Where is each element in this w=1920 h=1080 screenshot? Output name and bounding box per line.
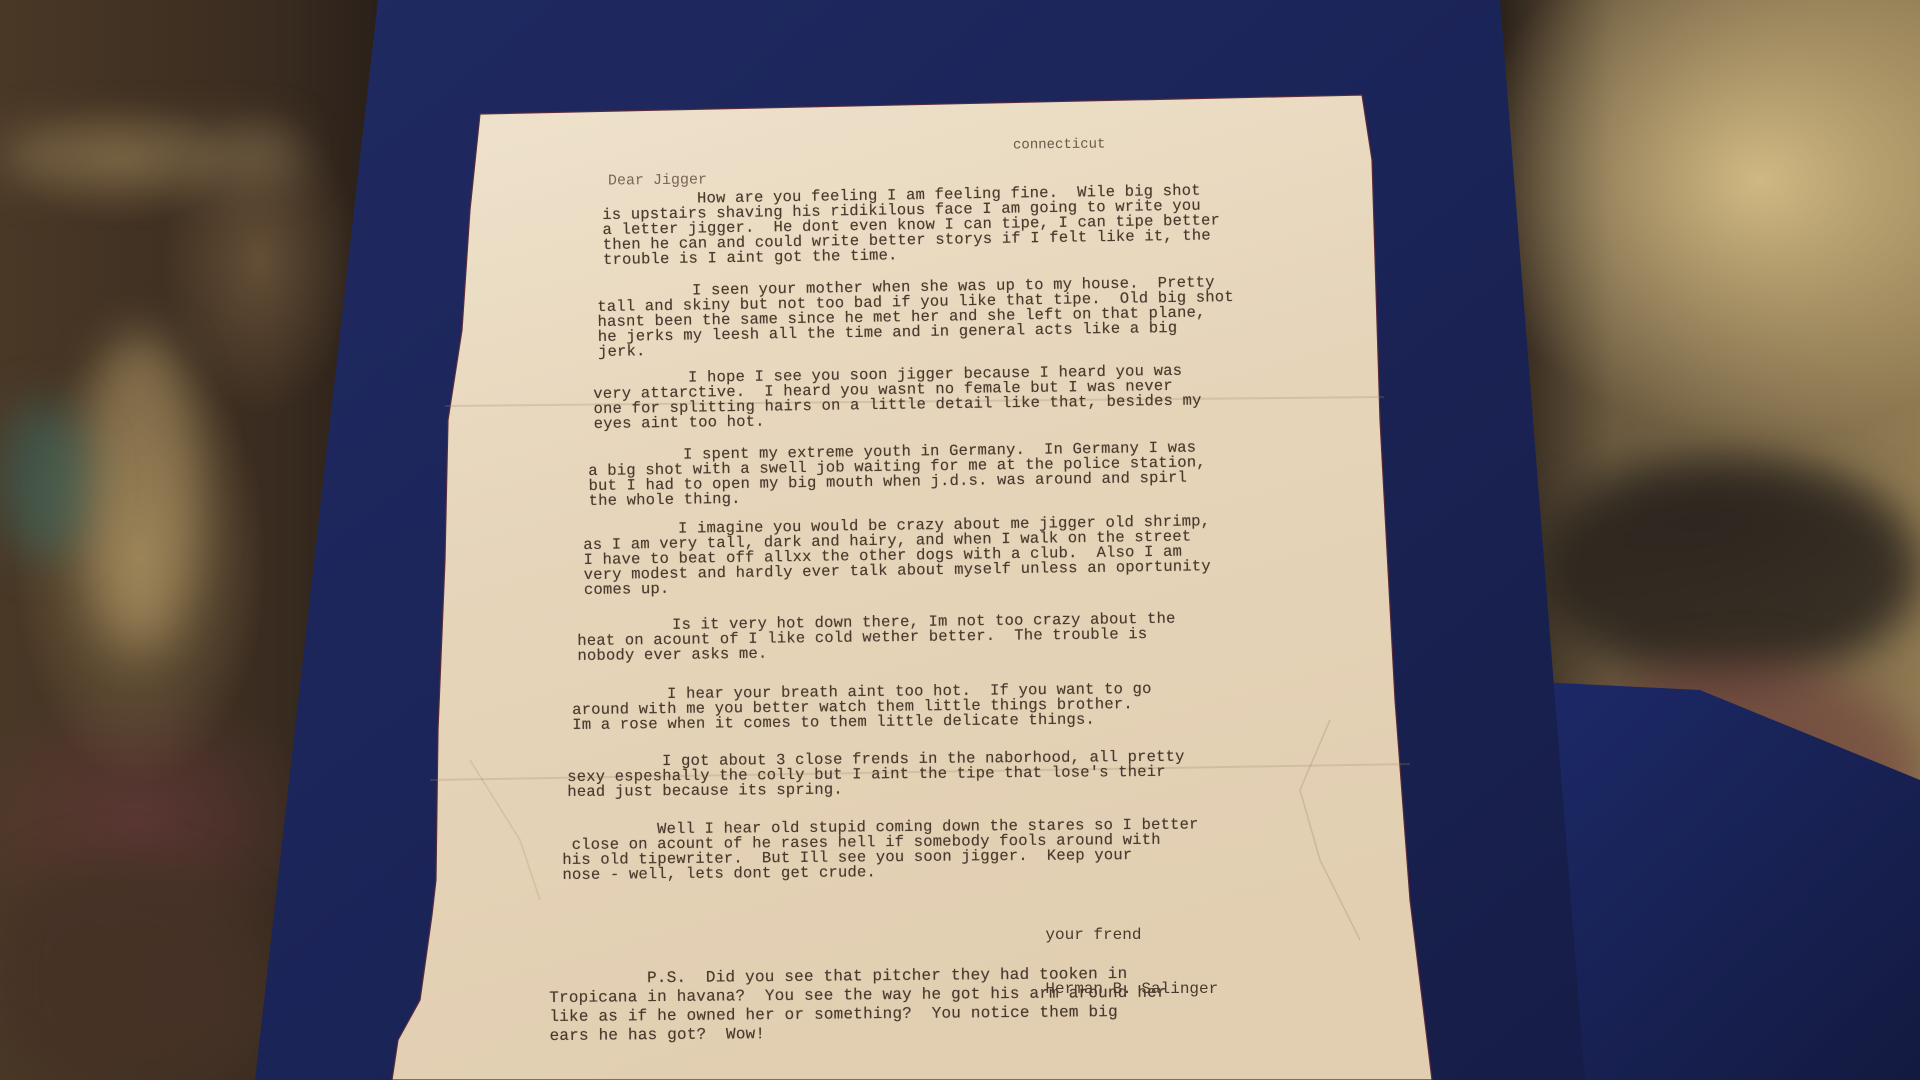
letter-closing: your frend	[1045, 926, 1141, 944]
letter-paragraph: I seen your mother when she was up to my…	[597, 275, 1235, 360]
letter-paragraph: Well I hear old stupid coming down the s…	[562, 817, 1199, 883]
postscript-paragraph: P.S. Did you see that pitcher they had t…	[549, 965, 1167, 1046]
letter-paragraph: I spent my extreme youth in Germany. In …	[588, 440, 1206, 509]
letter-paragraph: I hear your breath aint too hot. If you …	[572, 682, 1152, 733]
photo-scene: connecticut Dear Jigger How are you feel…	[0, 0, 1920, 1080]
letter-paragraph: I got about 3 close frends in the naborh…	[567, 750, 1185, 800]
letter-paragraph: Is it very hot down there, Im not too cr…	[577, 612, 1176, 664]
letter-place: connecticut	[1013, 137, 1106, 154]
letter-paragraph: I hope I see you soon jigger because I h…	[593, 364, 1202, 432]
letter-paragraph: How are you feeling I am feeling fine. W…	[602, 183, 1221, 268]
letter-salutation: Dear Jigger	[608, 171, 707, 189]
letter-paragraph: I imagine you would be crazy about me ji…	[583, 514, 1211, 598]
